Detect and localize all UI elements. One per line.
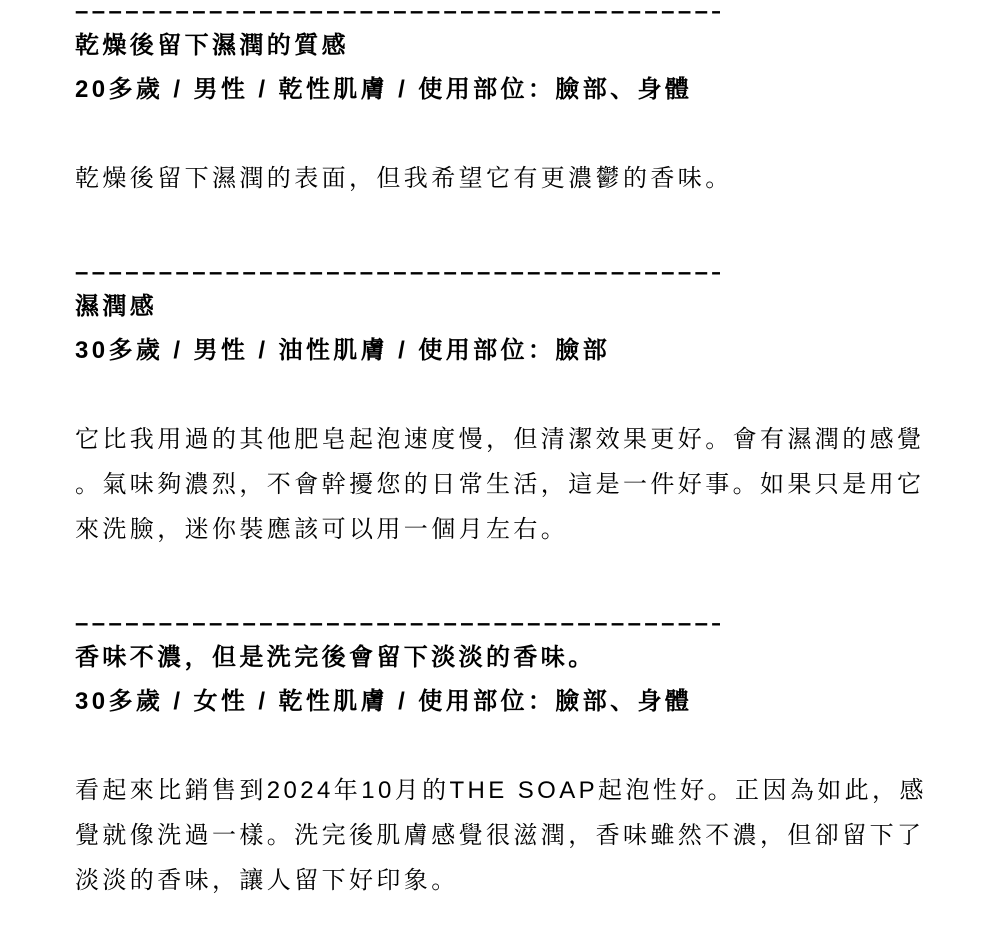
dashed-separator: ––––––––––––––––––––––––––––––––––––––––… (75, 261, 720, 285)
dashed-separator: ––––––––––––––––––––––––––––––––––––––––… (75, 0, 720, 24)
review-body: 它比我用過的其他肥皂起泡速度慢，但清潔效果更好。會有濕潤的感覺。氣味夠濃烈，不會… (75, 417, 927, 552)
review-title: 乾燥後留下濕潤的質感 (75, 24, 927, 68)
review-meta: 30多歲 / 女性 / 乾性肌膚 / 使用部位：臉部、身體 (75, 680, 927, 724)
dashed-separator: ––––––––––––––––––––––––––––––––––––––––… (75, 612, 720, 636)
review-body: 看起來比銷售到2024年10月的THE SOAP起泡性好。正因為如此，感覺就像洗… (75, 768, 927, 903)
review-section: ––––––––––––––––––––––––––––––––––––––––… (75, 0, 927, 201)
review-meta: 20多歲 / 男性 / 乾性肌膚 / 使用部位：臉部、身體 (75, 68, 927, 112)
review-title: 濕潤感 (75, 285, 927, 329)
review-meta: 30多歲 / 男性 / 油性肌膚 / 使用部位：臉部 (75, 329, 927, 373)
review-section: ––––––––––––––––––––––––––––––––––––––––… (75, 612, 927, 903)
review-page: ––––––––––––––––––––––––––––––––––––––––… (75, 0, 927, 903)
review-title: 香味不濃，但是洗完後會留下淡淡的香味。 (75, 636, 927, 680)
review-section: ––––––––––––––––––––––––––––––––––––––––… (75, 261, 927, 552)
review-body: 乾燥後留下濕潤的表面，但我希望它有更濃鬱的香味。 (75, 156, 927, 201)
